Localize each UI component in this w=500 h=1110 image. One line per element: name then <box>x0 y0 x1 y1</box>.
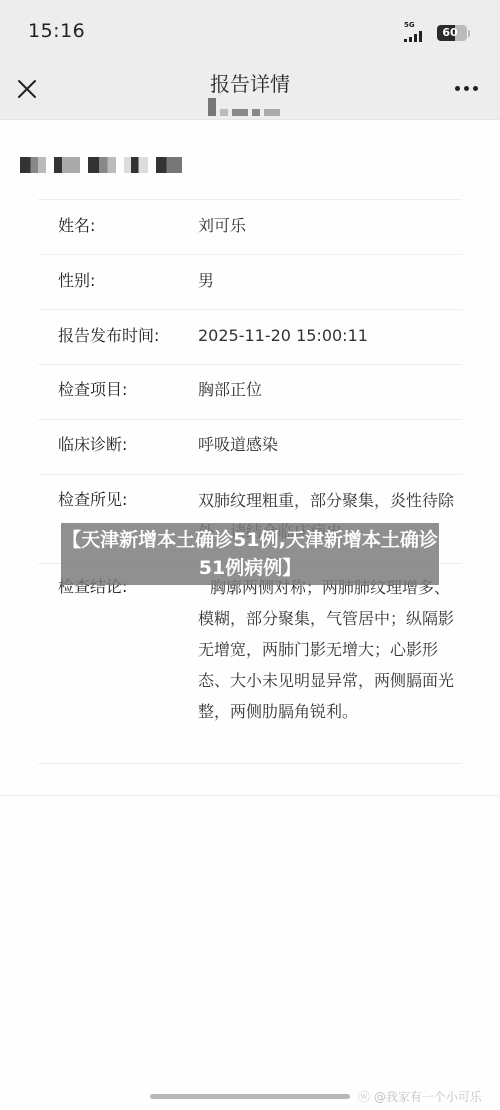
signal-icon: 5G <box>404 24 432 42</box>
battery-icon: 60 <box>437 25 467 41</box>
battery-level: 60 <box>437 25 463 41</box>
headline-overlay: 【天津新增本土确诊51例,天津新增本土确诊51例病例】 <box>61 523 439 585</box>
divider <box>38 763 462 764</box>
field-label: 报告发布时间: <box>58 321 159 351</box>
field-value: 男 <box>198 266 462 296</box>
divider <box>38 474 462 475</box>
status-indicators: 5G 60 <box>404 24 470 42</box>
field-value: 刘可乐 <box>198 211 462 241</box>
network-type: 5G <box>404 21 415 29</box>
field-label: 临床诊断: <box>58 430 127 460</box>
more-icon-dot <box>464 86 469 91</box>
field-value: 胸廓两侧对称；两肺肺纹理增多、模糊，部分聚集，气管居中；纵隔影无增宽，两肺门影无… <box>198 572 462 727</box>
field-label: 检查项目: <box>58 375 127 405</box>
nav-bar: 报告详情 <box>0 62 500 120</box>
field-value: 胸部正位 <box>198 375 462 405</box>
field-label: 姓名: <box>58 211 95 241</box>
divider <box>38 419 462 420</box>
status-bar: 15:16 5G 60 <box>0 0 500 62</box>
watermark: ⓦ @我家有一个小可乐 <box>358 1088 482 1105</box>
watermark-text: @我家有一个小可乐 <box>374 1090 482 1104</box>
more-button[interactable] <box>455 86 478 91</box>
weibo-icon: ⓦ <box>358 1090 374 1104</box>
page-title: 报告详情 <box>0 68 500 97</box>
redacted-hospital-name <box>20 150 182 180</box>
field-value: 呼吸道感染 <box>198 430 462 460</box>
divider <box>38 309 462 310</box>
field-label: 性别: <box>58 266 95 296</box>
divider <box>38 199 462 200</box>
more-icon-dot <box>473 86 478 91</box>
more-icon-dot <box>455 86 460 91</box>
redacted-subtitle <box>208 96 280 116</box>
field-label: 检查所见: <box>58 485 127 515</box>
divider <box>38 254 462 255</box>
status-time: 15:16 <box>28 20 85 42</box>
battery-nub <box>468 30 470 37</box>
home-indicator[interactable] <box>150 1094 350 1099</box>
section-divider <box>0 795 500 796</box>
divider <box>38 364 462 365</box>
field-value: 2025-11-20 15:00:11 <box>198 321 462 351</box>
